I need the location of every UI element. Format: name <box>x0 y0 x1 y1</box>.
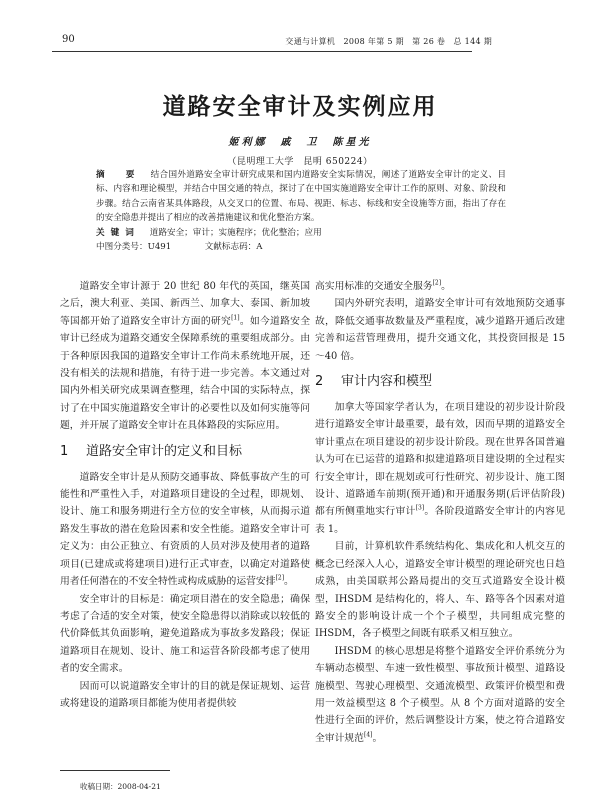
clc-value: U491 <box>148 242 172 252</box>
footnote-rule <box>60 770 170 771</box>
section-title: 道路安全审计的定义和目标 <box>86 444 242 459</box>
section-2-heading: 2审计内容和模型 <box>315 372 565 392</box>
abstract-block: 摘 要结合国外道路安全审计研究成果和国内道路安全实际情况，阐述了道路安全审计的定… <box>96 168 506 254</box>
section-1-heading: 1道路安全审计的定义和目标 <box>60 442 310 462</box>
abstract-text: 结合国外道路安全审计研究成果和国内道路安全实际情况，阐述了道路安全审计的定义、目… <box>96 170 506 223</box>
continued-paragraph: 高实用标准的交通安全服务[2]。 <box>315 278 565 295</box>
keywords: 关键词道路安全；审计；实施程序；优化整治；应用 <box>96 226 506 240</box>
paragraph-text: 加拿大等国家学者认为，在项目建设的初步设计阶段进行道路安全审计最重要，最有效，因… <box>315 402 565 517</box>
citation: [1] <box>231 315 240 322</box>
clc-label: 中图分类号： <box>96 242 148 252</box>
doc-code-value: A <box>256 242 262 252</box>
section-2-paragraph: 加拿大等国家学者认为，在项目建设的初步设计阶段进行道路安全审计最重要，最有效，因… <box>315 399 565 538</box>
intro-paragraph: 道路安全审计源于 20 世纪 80 年代的英国，继英国之后，澳大利亚、美国、新西… <box>60 278 310 435</box>
section-1-paragraph: 因而可以说道路安全审计的目的就是保证规划、运营或将建设的道路项目都能为使用者提供… <box>60 678 310 713</box>
doc-code-label: 文献标志码： <box>205 242 257 252</box>
journal-info: 交通与计算机 2008 年第 5 期 第 26 卷 总 144 期 <box>285 36 492 47</box>
paragraph-end: 。 <box>372 733 382 744</box>
right-column: 高实用标准的交通安全服务[2]。 国内外研究表明，道路安全审计可有效地预防交通事… <box>315 278 565 747</box>
keywords-label: 关键词 <box>96 228 140 238</box>
citation: [3] <box>416 505 425 512</box>
received-date: 收稿日期：2008-04-21 <box>80 781 161 792</box>
abstract: 摘 要结合国外道路安全审计研究成果和国内道路安全实际情况，阐述了道路安全审计的定… <box>96 168 506 226</box>
page-number: 90 <box>62 34 75 45</box>
affiliation: （昆明理工大学 昆明 650224） <box>0 154 600 167</box>
citation: [2] <box>276 575 285 582</box>
section-2-paragraph: IHSDM 的核心思想是将整个道路安全评价系统分为车辆动态模型、车速一致性模型、… <box>315 643 565 747</box>
paragraph-text: 高实用标准的交通安全服务 <box>315 281 433 292</box>
left-column: 道路安全审计源于 20 世纪 80 年代的英国，继英国之后，澳大利亚、美国、新西… <box>60 278 310 712</box>
paragraph-end: 。 <box>441 281 451 292</box>
section-number: 2 <box>315 372 341 392</box>
section-title: 审计内容和模型 <box>341 374 432 389</box>
citation: [2] <box>433 280 442 287</box>
benefit-paragraph: 国内外研究表明，道路安全审计可有效地预防交通事故，降低交通事故数量及严重程度，减… <box>315 295 565 365</box>
section-2-paragraph: 目前，计算机软件系统结构化、集成化和人机交互的概念已经深入人心，道路安全审计模型… <box>315 538 565 642</box>
header-rule <box>52 51 472 52</box>
abstract-label: 摘 要 <box>96 170 141 180</box>
paragraph-text: IHSDM 的核心思想是将整个道路安全评价系统分为车辆动态模型、车速一致性模型、… <box>315 646 565 744</box>
paragraph-end: 。 <box>284 576 294 587</box>
section-number: 1 <box>60 442 86 462</box>
keywords-text: 道路安全；审计；实施程序；优化整治；应用 <box>150 228 322 238</box>
running-header: 90 交通与计算机 2008 年第 5 期 第 26 卷 总 144 期 <box>52 34 472 52</box>
paper-title: 道路安全审计及实例应用 <box>0 88 600 121</box>
section-1-paragraph: 道路安全审计是从预防交通事故、降低事故产生的可能性和严重性入手，对道路项目建设的… <box>60 469 310 591</box>
intro-text-cont: 。如今道路安全审计已经成为道路交通安全保障系统的重要组成部分。由于各种原因我国的… <box>60 316 310 431</box>
section-1-paragraph: 安全审计的目标是：确定项目潜在的安全隐患；确保考虑了合适的安全对策，使安全隐患得… <box>60 591 310 678</box>
paragraph-text: 道路安全审计是从预防交通事故、降低事故产生的可能性和严重性入手，对道路项目建设的… <box>60 472 310 587</box>
classification: 中图分类号：U491 文献标志码：A <box>96 240 506 254</box>
authors: 姬利娜 戚 卫 陈星光 <box>0 133 600 148</box>
